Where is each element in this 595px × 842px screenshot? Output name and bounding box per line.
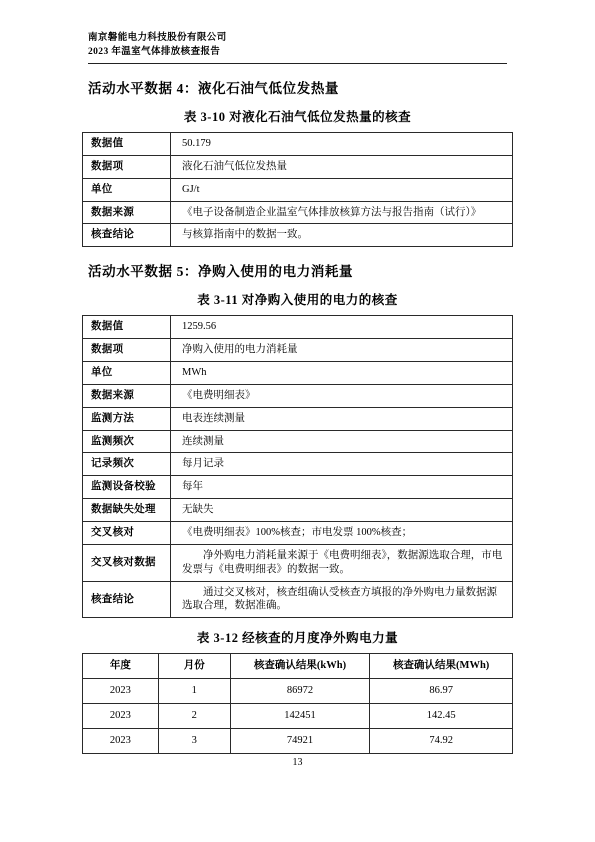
row-label: 监测频次 <box>83 430 171 453</box>
row-label: 监测设备校验 <box>83 476 171 499</box>
report-title: 2023 年温室气体排放核查报告 <box>88 45 507 59</box>
table-row: 交叉核对 《电费明细表》100%核查；市电发票 100%核查； <box>83 522 513 545</box>
cell-year: 2023 <box>83 704 159 729</box>
row-value: 通过交叉核对，核查组确认受核查方填报的净外购电力量数据源选取合理，数据准确。 <box>171 581 513 618</box>
company-name: 南京磐能电力科技股份有限公司 <box>88 31 507 45</box>
table-header-row: 年度 月份 核查确认结果(kWh) 核查确认结果(MWh) <box>83 654 513 679</box>
row-label: 数据缺失处理 <box>83 499 171 522</box>
cell-mwh: 86.97 <box>370 679 513 704</box>
row-label: 数据来源 <box>83 384 171 407</box>
page-number: 13 <box>0 757 595 768</box>
table-row: 2023 2 142451 142.45 <box>83 704 513 729</box>
row-value: 每年 <box>171 476 513 499</box>
table-row: 监测频次 连续测量 <box>83 430 513 453</box>
document-page: 南京磐能电力科技股份有限公司 2023 年温室气体排放核查报告 活动水平数据 4… <box>0 0 595 842</box>
table-row: 单位 GJ/t <box>83 178 513 201</box>
table-row: 数据来源 《电费明细表》 <box>83 384 513 407</box>
section-4-heading: 活动水平数据 4：液化石油气低位发热量 <box>88 77 515 97</box>
table-row: 监测方法 电表连续测量 <box>83 407 513 430</box>
row-label: 数据值 <box>83 316 171 339</box>
row-value: 连续测量 <box>171 430 513 453</box>
table-3-11-caption: 表 3-11 对净购入使用的电力的核查 <box>0 290 595 308</box>
column-header-month: 月份 <box>158 654 230 679</box>
table-row: 数据项 液化石油气低位发热量 <box>83 155 513 178</box>
table-row: 数据缺失处理 无缺失 <box>83 499 513 522</box>
table-3-11: 数据值 1259.56 数据项 净购入使用的电力消耗量 单位 MWh 数据来源 … <box>82 315 513 618</box>
table-row: 2023 3 74921 74.92 <box>83 728 513 753</box>
row-label: 单位 <box>83 178 171 201</box>
table-3-10-caption: 表 3-10 对液化石油气低位发热量的核查 <box>0 107 595 125</box>
row-value: 《电费明细表》 <box>171 384 513 407</box>
column-header-result-mwh: 核查确认结果(MWh) <box>370 654 513 679</box>
row-label: 数据来源 <box>83 201 171 224</box>
row-value: MWh <box>171 362 513 385</box>
table-row: 核查结论 通过交叉核对，核查组确认受核查方填报的净外购电力量数据源选取合理，数据… <box>83 581 513 618</box>
cell-kwh: 142451 <box>230 704 370 729</box>
row-value: 与核算指南中的数据一致。 <box>171 224 513 247</box>
table-row: 交叉核对数据 净外购电力消耗量来源于《电费明细表》，数据源选取合理，市电发票与《… <box>83 544 513 581</box>
table-row: 核查结论 与核算指南中的数据一致。 <box>83 224 513 247</box>
table-3-12: 年度 月份 核查确认结果(kWh) 核查确认结果(MWh) 2023 1 869… <box>82 653 513 753</box>
table-3-10: 数据值 50.179 数据项 液化石油气低位发热量 单位 GJ/t 数据来源 《… <box>82 132 513 247</box>
row-value: 《电子设备制造企业温室气体排放核算方法与报告指南（试行）》 <box>171 201 513 224</box>
table-row: 数据值 1259.56 <box>83 316 513 339</box>
table-row: 单位 MWh <box>83 362 513 385</box>
header-divider <box>88 63 507 64</box>
row-value: 电表连续测量 <box>171 407 513 430</box>
cell-mwh: 142.45 <box>370 704 513 729</box>
row-label: 监测方法 <box>83 407 171 430</box>
row-value: 净外购电力消耗量来源于《电费明细表》，数据源选取合理，市电发票与《电费明细表》的… <box>171 544 513 581</box>
table-row: 2023 1 86972 86.97 <box>83 679 513 704</box>
row-value: 每月记录 <box>171 453 513 476</box>
table-row: 数据来源 《电子设备制造企业温室气体排放核算方法与报告指南（试行）》 <box>83 201 513 224</box>
table-row: 数据项 净购入使用的电力消耗量 <box>83 339 513 362</box>
row-value: 1259.56 <box>171 316 513 339</box>
row-label: 单位 <box>83 362 171 385</box>
section-5-heading: 活动水平数据 5：净购入使用的电力消耗量 <box>88 260 515 280</box>
cell-month: 1 <box>158 679 230 704</box>
cell-mwh: 74.92 <box>370 728 513 753</box>
row-value: 液化石油气低位发热量 <box>171 155 513 178</box>
cell-year: 2023 <box>83 728 159 753</box>
row-label: 核查结论 <box>83 581 171 618</box>
cell-kwh: 74921 <box>230 728 370 753</box>
column-header-year: 年度 <box>83 654 159 679</box>
table-row: 记录频次 每月记录 <box>83 453 513 476</box>
table-row: 数据值 50.179 <box>83 133 513 156</box>
row-label: 交叉核对数据 <box>83 544 171 581</box>
row-value: 《电费明细表》100%核查；市电发票 100%核查； <box>171 522 513 545</box>
column-header-result-kwh: 核查确认结果(kWh) <box>230 654 370 679</box>
row-label: 交叉核对 <box>83 522 171 545</box>
row-value: 净购入使用的电力消耗量 <box>171 339 513 362</box>
row-label: 数据值 <box>83 133 171 156</box>
table-3-12-caption: 表 3-12 经核查的月度净外购电力量 <box>0 628 595 646</box>
row-value: GJ/t <box>171 178 513 201</box>
page-header: 南京磐能电力科技股份有限公司 2023 年温室气体排放核查报告 <box>88 31 507 59</box>
row-value: 无缺失 <box>171 499 513 522</box>
row-value: 50.179 <box>171 133 513 156</box>
row-label: 记录频次 <box>83 453 171 476</box>
cell-month: 2 <box>158 704 230 729</box>
cell-kwh: 86972 <box>230 679 370 704</box>
table-row: 监测设备校验 每年 <box>83 476 513 499</box>
cell-year: 2023 <box>83 679 159 704</box>
row-label: 核查结论 <box>83 224 171 247</box>
cell-month: 3 <box>158 728 230 753</box>
row-label: 数据项 <box>83 339 171 362</box>
row-label: 数据项 <box>83 155 171 178</box>
